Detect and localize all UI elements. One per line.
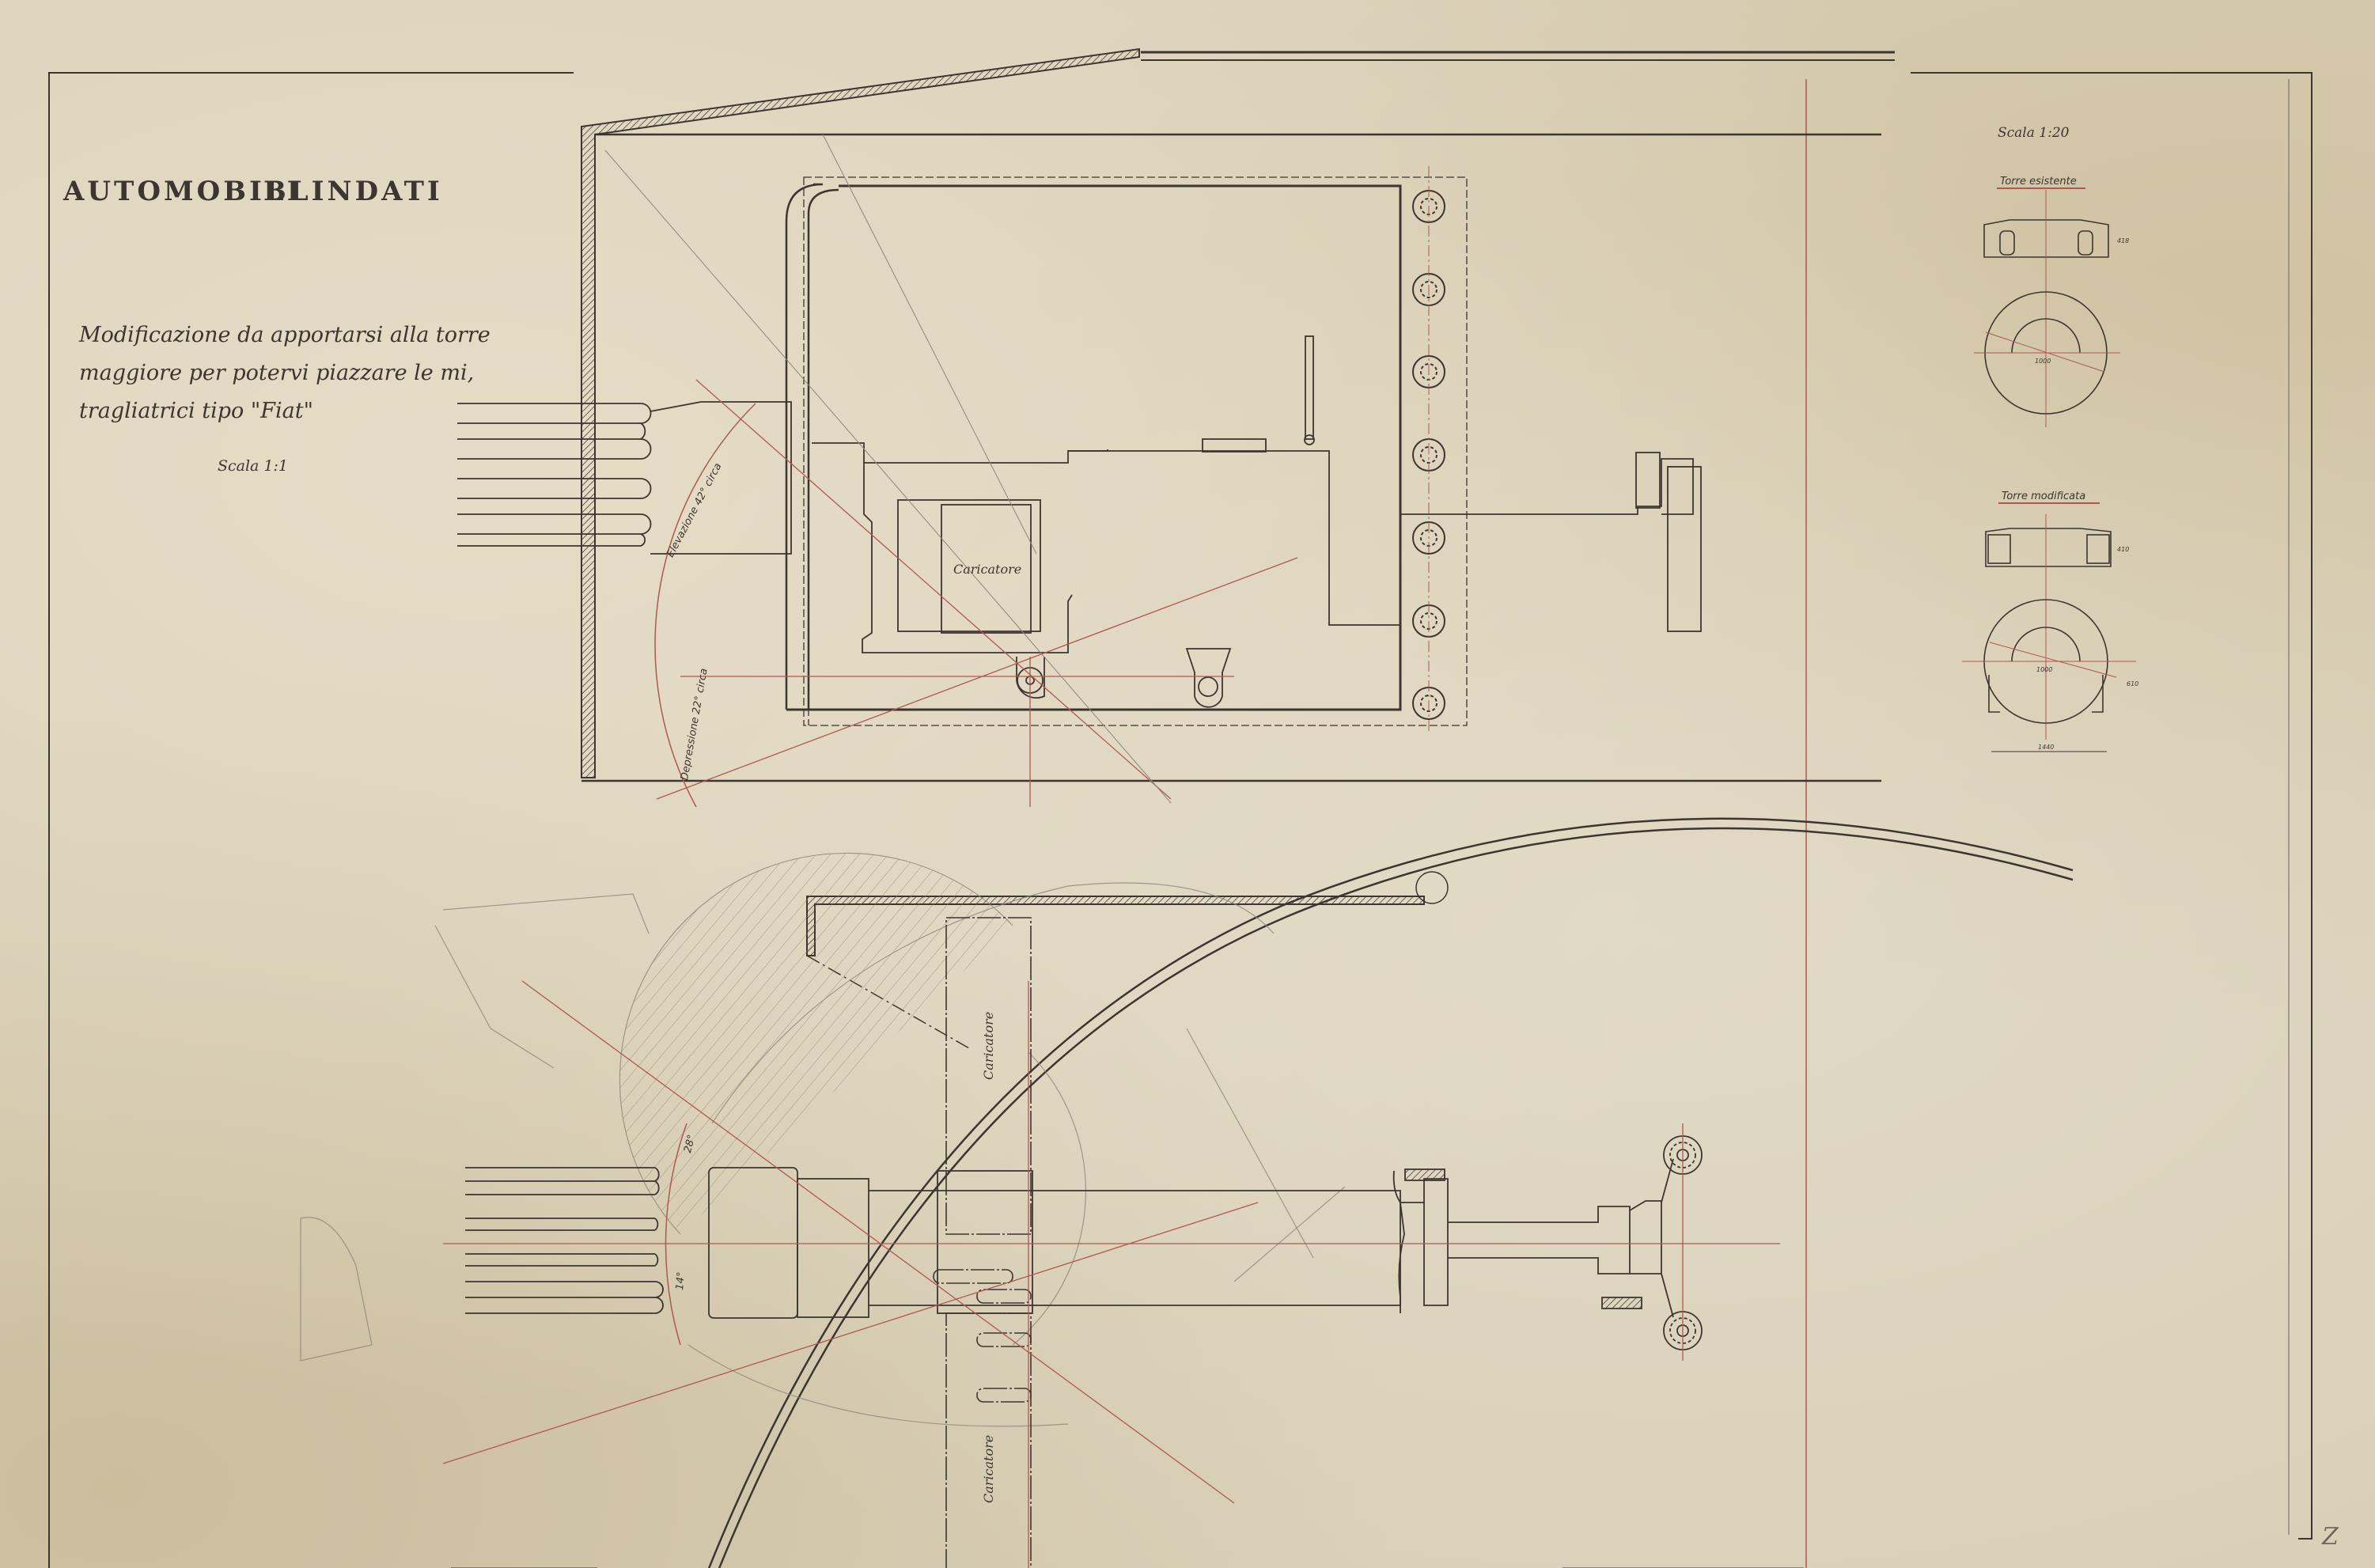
description-line-1: Modificazione da apportarsi alla torre [79, 316, 491, 354]
existing-height-dim: 418 [2117, 237, 2129, 244]
modified-tower-detail [1962, 503, 2136, 752]
description-line-2: maggiore per potervi piazzare le mi, [79, 354, 491, 392]
hull-section-top [581, 49, 1881, 781]
description-line-3: tragliatrici tipo "Fiat" [79, 392, 491, 430]
loader-label-plan-upper: Caricatore [981, 1012, 996, 1080]
modified-height-dim: 410 [2117, 546, 2129, 553]
reference-lines [1806, 79, 2289, 1568]
description-block: Modificazione da apportarsi alla torre m… [79, 316, 491, 430]
rivet-column [1413, 166, 1445, 732]
machine-gun-plan-view [465, 1136, 1702, 1350]
corner-mark: Z [2322, 1523, 2339, 1551]
sheet-border [49, 52, 2312, 1568]
modified-overall-dim: 1440 [2038, 744, 2054, 751]
construction-lines-top [655, 380, 1297, 807]
technical-drawing [0, 0, 2375, 1568]
pencil-sketches-plan [301, 853, 1345, 1426]
loader-label-top: Caricatore [953, 562, 1021, 577]
existing-tower-detail [1974, 188, 2120, 427]
existing-width-dim: 1000 [2035, 358, 2051, 365]
angle-label-14: 14° [674, 1271, 687, 1290]
modified-depth-dim: 610 [2127, 680, 2138, 687]
pencil-lines-top [605, 134, 1171, 803]
modified-width-dim: 1000 [2036, 666, 2052, 673]
detail-scale: Scala 1:20 [1998, 125, 2069, 141]
main-scale: Scala 1:1 [218, 457, 288, 475]
loader-label-plan-lower: Caricatore [981, 1435, 996, 1503]
modified-tower-title: Torre modificata [2002, 490, 2085, 502]
cooling-fins-plan [465, 1168, 663, 1313]
title-blindati: BLINDATI [263, 176, 443, 207]
drawing-sheet: AUTOMOBILI BLINDATI Modificazione da app… [0, 0, 2375, 1568]
existing-tower-title: Torre esistente [2000, 176, 2077, 187]
machine-gun-top-view [457, 336, 1701, 707]
